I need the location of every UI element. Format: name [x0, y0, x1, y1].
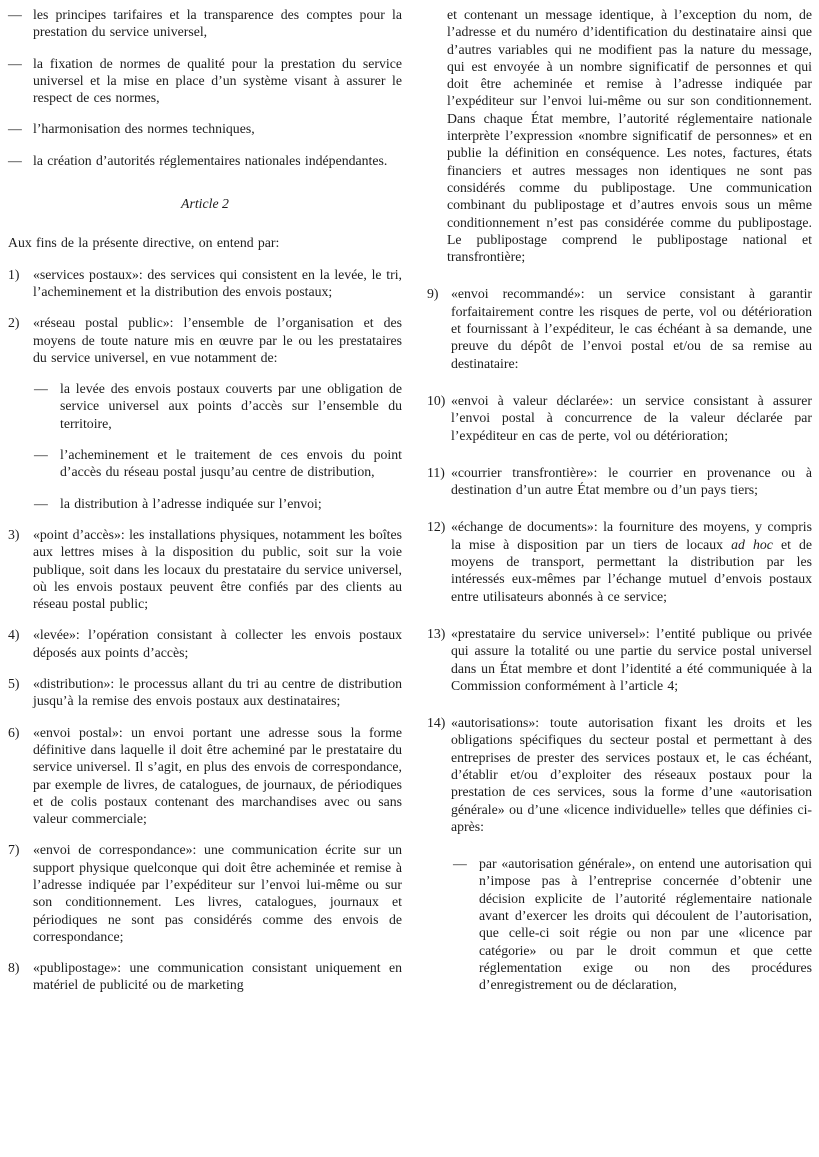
dash-marker: — — [453, 855, 479, 872]
item-text: «services postaux»: des services qui con… — [33, 266, 402, 301]
sub-dash-list-item: —la levée des envois postaux couverts pa… — [34, 380, 402, 432]
item-number: 10) — [427, 392, 451, 409]
numbered-item: 12)«échange de documents»: la fourniture… — [427, 518, 812, 604]
numbered-item: 13)«prestataire du service universel»: l… — [427, 625, 812, 694]
item-text: la création d’autorités réglementaires n… — [33, 152, 402, 169]
item-text: l’acheminement et le traitement de ces e… — [60, 446, 402, 481]
document-page: —les principes tarifaires et la transpar… — [0, 0, 819, 1014]
item-text: les principes tarifaires et la transpare… — [33, 6, 402, 41]
dash-list-item: —la création d’autorités réglementaires … — [8, 152, 402, 169]
dash-marker: — — [34, 380, 60, 397]
numbered-item: 14)«autorisations»: toute autorisation f… — [427, 714, 812, 835]
dash-marker: — — [34, 446, 60, 463]
left-column: —les principes tarifaires et la transpar… — [8, 6, 402, 1014]
item-text: «réseau postal public»: l’ensemble de l’… — [33, 314, 402, 366]
item-text: par «autorisation générale», on entend u… — [479, 855, 812, 993]
article-heading: Article 2 — [8, 195, 402, 212]
item-text: «point d’accès»: les installations physi… — [33, 526, 402, 612]
dash-marker: — — [8, 152, 33, 169]
numbered-item: 11)«courrier transfrontière»: le courrie… — [427, 464, 812, 499]
item-number: 4) — [8, 626, 33, 643]
item-number: 8) — [8, 959, 33, 976]
dash-marker: — — [8, 55, 33, 72]
item-number: 6) — [8, 724, 33, 741]
dash-list-item: —les principes tarifaires et la transpar… — [8, 6, 402, 41]
dash-list-item: —l’harmonisation des normes techniques, — [8, 120, 402, 137]
item-text: «autorisations»: toute autorisation fixa… — [451, 714, 812, 835]
numbered-item: 4)«levée»: l’opération consistant à coll… — [8, 626, 402, 661]
dash-list-item: —la fixation de normes de qualité pour l… — [8, 55, 402, 107]
sub-dash-list-item: —par «autorisation générale», on entend … — [453, 855, 812, 993]
numbered-item: 10)«envoi à valeur déclarée»: un service… — [427, 392, 812, 444]
item-number: 14) — [427, 714, 451, 731]
numbered-item: 9)«envoi recommandé»: un service consist… — [427, 285, 812, 371]
item-number: 1) — [8, 266, 33, 283]
item-number: 13) — [427, 625, 451, 642]
item-text: «prestataire du service universel»: l’en… — [451, 625, 812, 694]
intro-paragraph: Aux fins de la présente directive, on en… — [8, 234, 402, 251]
item-text: la levée des envois postaux couverts par… — [60, 380, 402, 432]
item-text: «courrier transfrontière»: le courrier e… — [451, 464, 812, 499]
item-text: «distribution»: le processus allant du t… — [33, 675, 402, 710]
item-number: 11) — [427, 464, 451, 481]
numbered-item: 1)«services postaux»: des services qui c… — [8, 266, 402, 301]
right-column: et contenant un message identique, à l’e… — [427, 6, 812, 1014]
numbered-item: 2)«réseau postal public»: l’ensemble de … — [8, 314, 402, 366]
item-text: «envoi postal»: un envoi portant une adr… — [33, 724, 402, 828]
item-text: «échange de documents»: la fourniture de… — [451, 518, 812, 604]
dash-marker: — — [8, 120, 33, 137]
item-number: 9) — [427, 285, 451, 302]
dash-marker: — — [34, 495, 60, 512]
numbered-item: 8)«publipostage»: une communication cons… — [8, 959, 402, 994]
item-text: la fixation de normes de qualité pour la… — [33, 55, 402, 107]
numbered-item: 5)«distribution»: le processus allant du… — [8, 675, 402, 710]
item-text: «envoi de correspondance»: une communica… — [33, 841, 402, 945]
continuation-paragraph: et contenant un message identique, à l’e… — [447, 6, 812, 265]
item-number: 3) — [8, 526, 33, 543]
item-number: 7) — [8, 841, 33, 858]
numbered-item: 7)«envoi de correspondance»: une communi… — [8, 841, 402, 945]
item-text: «envoi recommandé»: un service consistan… — [451, 285, 812, 371]
item-number: 12) — [427, 518, 451, 535]
item-number: 5) — [8, 675, 33, 692]
sub-dash-list-item: —la distribution à l’adresse indiquée su… — [34, 495, 402, 512]
sub-dash-list-item: —l’acheminement et le traitement de ces … — [34, 446, 402, 481]
numbered-item: 3)«point d’accès»: les installations phy… — [8, 526, 402, 612]
item-text: «levée»: l’opération consistant à collec… — [33, 626, 402, 661]
dash-marker: — — [8, 6, 33, 23]
item-text: «envoi à valeur déclarée»: un service co… — [451, 392, 812, 444]
item-number: 2) — [8, 314, 33, 331]
item-text: la distribution à l’adresse indiquée sur… — [60, 495, 402, 512]
italic-term: ad hoc — [731, 537, 773, 552]
item-text: «publipostage»: une communication consis… — [33, 959, 402, 994]
numbered-item: 6)«envoi postal»: un envoi portant une a… — [8, 724, 402, 828]
item-text: l’harmonisation des normes techniques, — [33, 120, 402, 137]
